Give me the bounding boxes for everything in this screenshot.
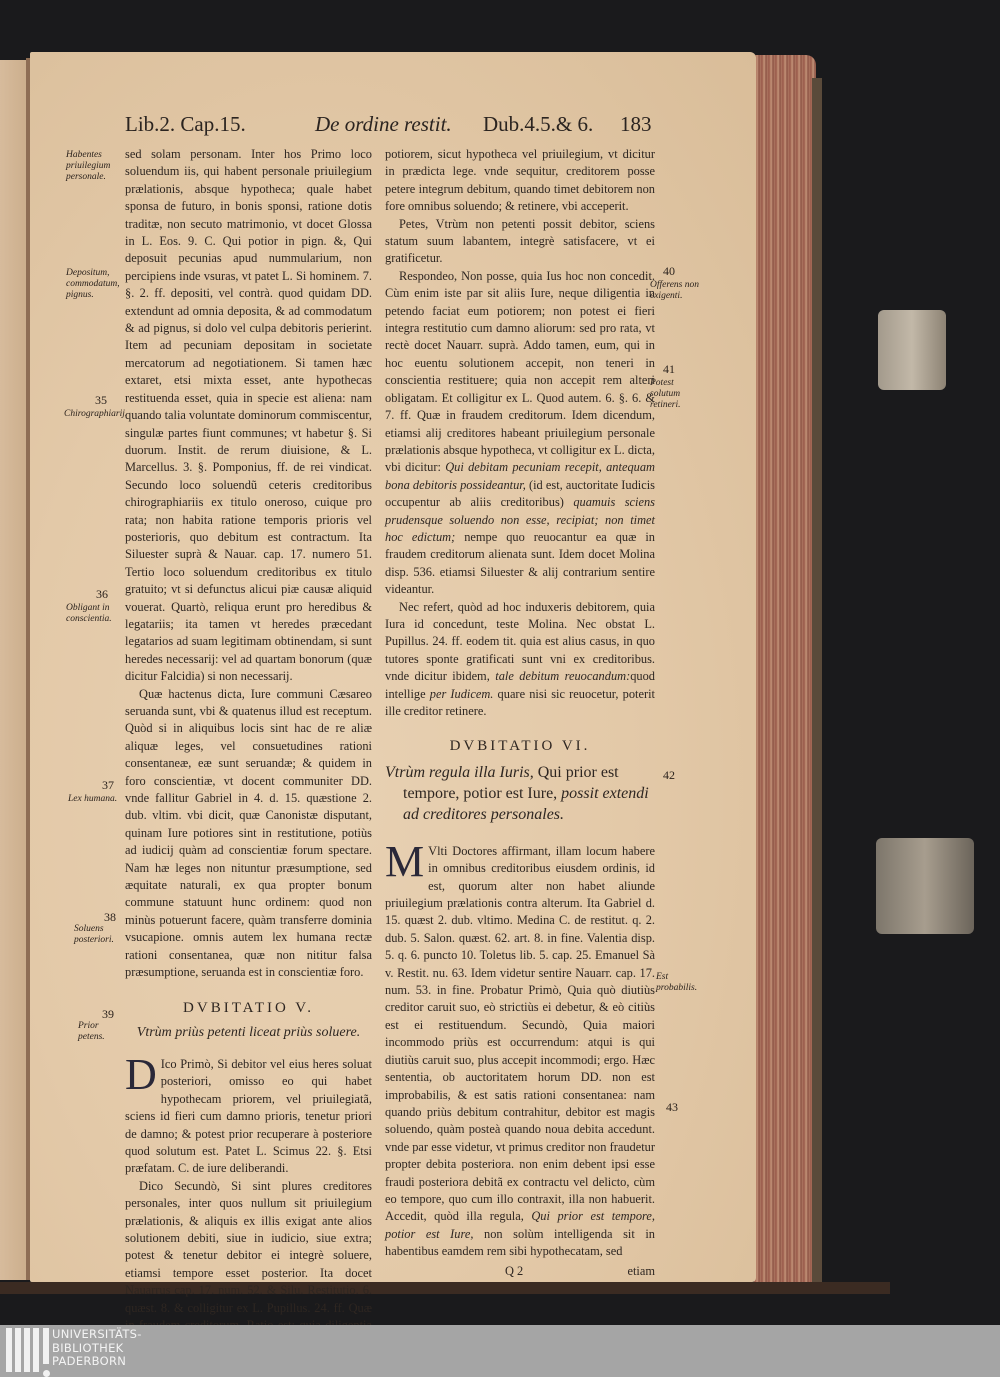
margin-note-right: Potest solutum retineri. [650,378,700,411]
paragraph: Quæ hactenus dicta, Iure communi Cæsareo… [125,686,372,982]
margin-number: 39 [102,1007,114,1022]
viewer-footer-bar: UNIVERSITÄTS- BIBLIOTHEK PADERBORN [0,1325,1000,1377]
margin-number: 37 [102,778,114,793]
clasp-upper [878,310,946,390]
library-logo-icon [6,1328,42,1374]
margin-note-left: Soluens posteriori. [74,924,124,946]
logo-line: UNIVERSITÄTS- [52,1328,142,1342]
header-running-title: De ordine restit. [315,112,452,137]
book-cover-edge [812,78,822,1288]
text-run: Respondeo, Non posse, quia Ius hoc non c… [385,269,655,474]
margin-note-right: Offerens non exigenti. [650,280,700,302]
margin-number: 40 [663,264,675,279]
margin-note-left: Chirographiarij. [64,409,120,420]
paragraph: sed solam personam. Inter hos Primo loco… [125,146,372,686]
margin-number: 41 [663,362,675,377]
dubitatio-v-heading: DVBITATIO V. [125,1000,372,1017]
dubitatio-vi-question: Vtrùm regula illa Iuris, Qui prior est t… [385,762,655,825]
paragraph-with-dropcap: MVlti Doctores affirmant, illam locum ha… [385,843,655,1261]
running-header: Lib.2. Cap.15. De ordine restit. Dub.4.5… [125,112,655,142]
library-logo-text: UNIVERSITÄTS- BIBLIOTHEK PADERBORN [52,1328,142,1369]
right-text-column: potiorem, sicut hypotheca vel priuilegiu… [385,146,655,1280]
margin-number: 36 [96,587,108,602]
margin-number: 43 [666,1100,678,1115]
logo-line: BIBLIOTHEK [52,1342,142,1356]
paragraph-text: Ico Primò, Si debitor vel eius heres sol… [125,1057,372,1175]
left-text-column: sed solam personam. Inter hos Primo loco… [125,146,372,1352]
paragraph: Respondeo, Non posse, quia Ius hoc non c… [385,268,655,599]
dubitatio-v-question: Vtrùm priùs petenti liceat priùs soluere… [125,1023,372,1042]
paragraph: Nec refert, quòd ad hoc induxeris debito… [385,599,655,721]
signature-mark: Q 2 [505,1263,523,1280]
paragraph-with-dropcap: DIco Primò, Si debitor vel eius heres so… [125,1056,372,1178]
dropcap-m: M [385,844,424,880]
page-number: 183 [620,112,652,137]
text-run: Vlti Doctores affirmant, illam locum hab… [385,844,655,1224]
margin-number: 35 [95,393,107,408]
margin-note-left: Obligant in conscientia. [66,603,122,625]
margin-note-left: Habentes priuilegium personale. [66,150,122,183]
text-run: Vtrùm regula illa Iuris, [385,764,534,781]
text-run: quare nisi sic reuocetur, poterit ille c… [385,687,655,718]
header-book-chapter: Lib.2. Cap.15. [125,112,246,137]
margin-number: 42 [663,768,675,783]
page-block-edge [754,55,816,1290]
catchword: etiam [627,1263,655,1280]
paragraph: potiorem, sicut hypotheca vel priuilegiu… [385,146,655,216]
italic-quote: tale debitum reuocandum: [495,669,630,683]
margin-note-left: Depositum, commodatum, pignus. [66,268,122,301]
logo-line: PADERBORN [52,1355,142,1369]
margin-note-left: Prior petens. [78,1021,124,1043]
left-page-edge [0,60,28,1280]
italic-quote: per Iudicem. [430,687,494,701]
paragraph: Petes, Vtrùm non petenti possit debitor,… [385,216,655,268]
header-dubitatio-range: Dub.4.5.& 6. [483,112,593,137]
clasp-lower [876,838,974,934]
dropcap-d: D [125,1057,157,1093]
margin-note-right: Est probabilis. [656,972,706,994]
margin-note-left: Lex humana. [68,794,124,805]
dubitatio-vi-heading: DVBITATIO VI. [385,738,655,755]
margin-number: 38 [104,910,116,925]
page-footer-marks: Q 2etiam [385,1263,655,1280]
